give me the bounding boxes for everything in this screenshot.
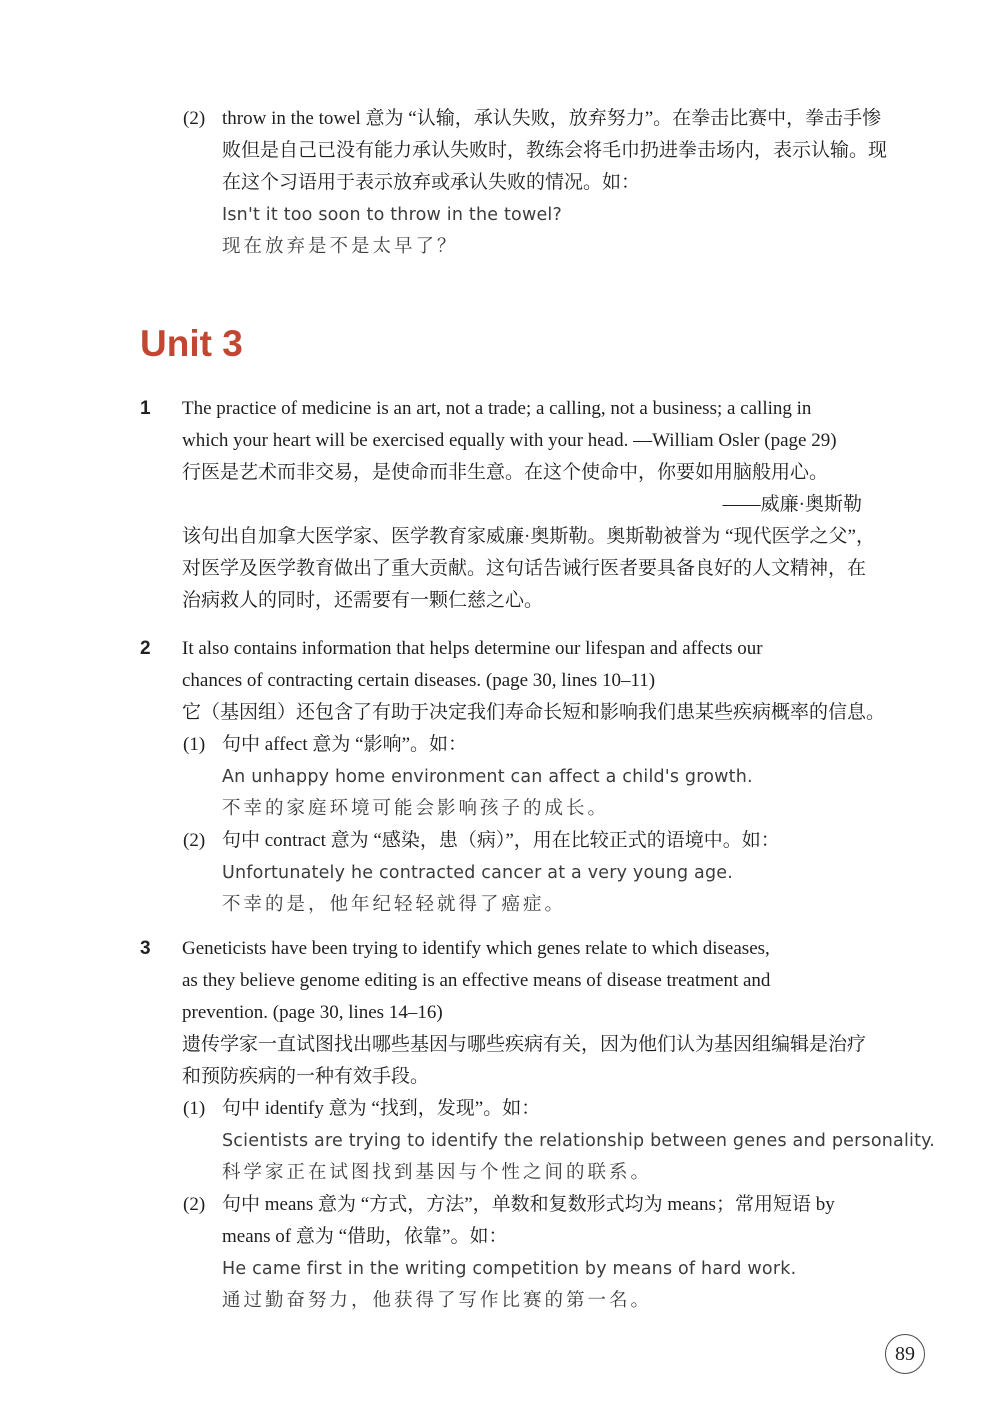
- unit-title: Unit 3: [140, 321, 862, 367]
- body-line: means of 意为 “借助，依靠”。如：: [222, 1221, 862, 1253]
- item-number: 3: [140, 933, 182, 965]
- body-line: 句中 means 意为 “方式，方法”，单数和复数形式均为 means；常用短语…: [222, 1189, 862, 1221]
- sub-item-body: 句中 means 意为 “方式，方法”，单数和复数形式均为 means；常用短语…: [222, 1189, 862, 1317]
- item-number: 2: [140, 633, 182, 665]
- body-line: throw in the towel 意为 “认输，承认失败，放弃努力”。在拳击…: [222, 103, 862, 135]
- sub-item-body: 句中 affect 意为 “影响”。如： An unhappy home env…: [222, 729, 862, 825]
- body-line: 句中 affect 意为 “影响”。如：: [222, 729, 862, 761]
- body-line: chances of contracting certain diseases.…: [182, 665, 862, 697]
- sub-item-body: 句中 identify 意为 “找到，发现”。如： Scientists are…: [222, 1093, 862, 1189]
- sub-item-body: 句中 contract 意为 “感染，患（病）”，用在比较正式的语境中。如： U…: [222, 825, 862, 921]
- body-line: 行医是艺术而非交易，是使命而非生意。在这个使命中，你要如用脑般用心。: [182, 457, 862, 489]
- item-body: The practice of medicine is an art, not …: [182, 393, 862, 617]
- quote-attribution: ——威廉·奥斯勒: [182, 489, 862, 521]
- page-number-badge: 89: [885, 1334, 925, 1374]
- sub-item-1: (1) 句中 identify 意为 “找到，发现”。如： Scientists…: [183, 1093, 862, 1189]
- body-line: 它（基因组）还包含了有助于决定我们寿命长短和影响我们患某些疾病概率的信息。: [182, 697, 862, 729]
- body-line: 在这个习语用于表示放弃或承认失败的情况。如：: [222, 167, 862, 199]
- note-line: 该句出自加拿大医学家、医学教育家威廉·奥斯勒。奥斯勒被誉为 “现代医学之父”，: [182, 521, 862, 553]
- carryover-sub-item: (2) throw in the towel 意为 “认输，承认失败，放弃努力”…: [183, 103, 862, 263]
- body-line: 遗传学家一直试图找出哪些基因与哪些疾病有关，因为他们认为基因组编辑是治疗: [182, 1029, 862, 1061]
- example-sentence-en: Unfortunately he contracted cancer at a …: [222, 857, 862, 889]
- note-line: 对医学及医学教育做出了重大贡献。这句话告诫行医者要具备良好的人文精神，在: [182, 553, 862, 585]
- item-number: 1: [140, 393, 182, 425]
- example-sentence-en: He came first in the writing competition…: [222, 1253, 862, 1285]
- example-translation-zh: 不幸的是，他年纪轻轻就得了癌症。: [222, 889, 862, 921]
- body-line: 败但是自己已没有能力承认失败时，教练会将毛巾扔进拳击场内，表示认输。现: [222, 135, 862, 167]
- sub-item-label: (1): [183, 1093, 222, 1125]
- body-line: It also contains information that helps …: [182, 633, 862, 665]
- example-translation-zh: 不幸的家庭环境可能会影响孩子的成长。: [222, 793, 862, 825]
- body-line: 句中 contract 意为 “感染，患（病）”，用在比较正式的语境中。如：: [222, 825, 862, 857]
- item-body: Geneticists have been trying to identify…: [182, 933, 862, 1317]
- sub-item-2: (2) 句中 contract 意为 “感染，患（病）”，用在比较正式的语境中。…: [183, 825, 862, 921]
- body-line: 句中 identify 意为 “找到，发现”。如：: [222, 1093, 862, 1125]
- example-translation-zh: 科学家正在试图找到基因与个性之间的联系。: [222, 1157, 862, 1189]
- sub-item-label: (1): [183, 729, 222, 761]
- sub-item-body: throw in the towel 意为 “认输，承认失败，放弃努力”。在拳击…: [222, 103, 862, 263]
- body-line: as they believe genome editing is an eff…: [182, 965, 862, 997]
- sub-item-1: (1) 句中 affect 意为 “影响”。如： An unhappy home…: [183, 729, 862, 825]
- list-item-2: 2 It also contains information that help…: [140, 633, 862, 921]
- list-item-1: 1 The practice of medicine is an art, no…: [140, 393, 862, 617]
- example-sentence-en: Scientists are trying to identify the re…: [222, 1125, 862, 1157]
- note-line: 治病救人的同时，还需要有一颗仁慈之心。: [182, 585, 862, 617]
- example-translation-zh: 现在放弃是不是太早了？: [222, 231, 862, 263]
- textbook-page: (2) throw in the towel 意为 “认输，承认失败，放弃努力”…: [0, 0, 1000, 1422]
- sub-item-label: (2): [183, 103, 222, 135]
- body-line: prevention. (page 30, lines 14–16): [182, 997, 862, 1029]
- sub-item-label: (2): [183, 1189, 222, 1221]
- body-line: 和预防疾病的一种有效手段。: [182, 1061, 862, 1093]
- item-body: It also contains information that helps …: [182, 633, 862, 921]
- sub-item-label: (2): [183, 825, 222, 857]
- page-content: (2) throw in the towel 意为 “认输，承认失败，放弃努力”…: [140, 103, 862, 1317]
- sub-item-2: (2) 句中 means 意为 “方式，方法”，单数和复数形式均为 means；…: [183, 1189, 862, 1317]
- body-line: The practice of medicine is an art, not …: [182, 393, 862, 425]
- example-sentence-en: Isn't it too soon to throw in the towel?: [222, 199, 862, 231]
- example-translation-zh: 通过勤奋努力，他获得了写作比赛的第一名。: [222, 1285, 862, 1317]
- list-item-3: 3 Geneticists have been trying to identi…: [140, 933, 862, 1317]
- body-line: Geneticists have been trying to identify…: [182, 933, 862, 965]
- page-number: 89: [895, 1343, 915, 1366]
- body-line: which your heart will be exercised equal…: [182, 425, 862, 457]
- example-sentence-en: An unhappy home environment can affect a…: [222, 761, 862, 793]
